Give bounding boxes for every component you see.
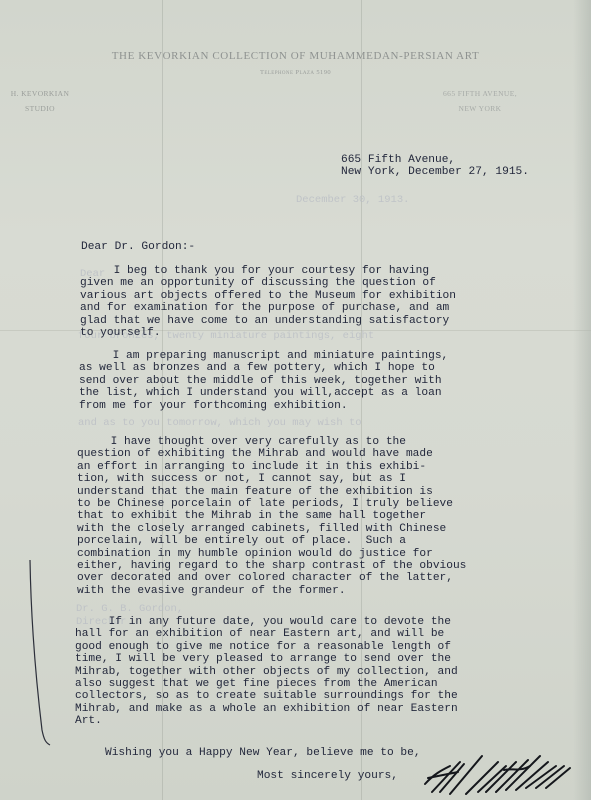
text-line: time, I will be very pleased to arrange … (75, 653, 458, 665)
letterhead-right: 665 FIFTH AVENUE, NEW YORK (420, 86, 540, 116)
letter-page: THE KEVORKIAN COLLECTION OF MUHAMMEDAN-P… (0, 0, 591, 800)
letterhead-right-line: NEW YORK (420, 101, 540, 116)
text-line: glad that we have come to an understandi… (80, 315, 456, 327)
text-line: also suggest that we get fine pieces fro… (75, 678, 458, 690)
pencil-margin-line-icon (26, 560, 56, 760)
text-line: If in any future date, you would care to… (75, 616, 458, 628)
text-line: various art objects offered to the Museu… (80, 290, 456, 302)
ghost-addressee: Dr. G. B. Gordon, (76, 603, 183, 615)
letterhead-left-line: H. KEVORKIAN (0, 86, 80, 101)
salutation: Dear Dr. Gordon:- (81, 241, 195, 253)
text-line: send over about the middle of this week,… (79, 375, 448, 387)
text-line: and for examination for the purpose of p… (80, 302, 456, 314)
paragraph-2: I am preparing manuscript and miniature … (79, 350, 448, 412)
text-line: good enough to give me notice for a reas… (75, 641, 458, 653)
letterhead-title: THE KEVORKIAN COLLECTION OF MUHAMMEDAN-P… (0, 50, 591, 62)
handwritten-signature-icon (420, 748, 585, 800)
text-line: Art. (75, 715, 458, 727)
text-line: collectors, so as to create suitable sur… (75, 690, 458, 702)
text-line: tion, with success or not, I cannot say,… (77, 473, 466, 485)
text-line: over decorated and over colored characte… (77, 572, 466, 584)
sender-address: 665 Fifth Avenue,New York, December 27, … (341, 154, 529, 179)
text-line: Mihrab, and make as a whole an exhibitio… (75, 703, 458, 715)
letterhead-right-line: 665 FIFTH AVENUE, (420, 86, 540, 101)
text-line: understand that the main feature of the … (77, 486, 466, 498)
paper-edge-shadow (573, 0, 591, 800)
text-line: the list, which I understand you will,ac… (79, 387, 448, 399)
text-line: with the evasive grandeur of the former. (77, 585, 466, 597)
closing-valediction: Most sincerely yours, (257, 770, 398, 782)
text-line: with the closely arranged cabinets, fill… (77, 523, 466, 535)
closing-wish: Wishing you a Happy New Year, believe me… (105, 747, 421, 759)
letterhead-left: H. KEVORKIAN STUDIO (0, 86, 80, 116)
text-line: I have thought over very carefully as to… (77, 436, 466, 448)
text-line: either, having regard to the sharp contr… (77, 560, 466, 572)
paragraph-1: I beg to thank you for your courtesy for… (80, 265, 456, 339)
text-line: to be Chinese porcelain of late periods,… (77, 498, 466, 510)
text-line: combination in my humble opinion would d… (77, 548, 466, 560)
text-line: from me for your forthcoming exhibition. (79, 400, 448, 412)
text-line: I am preparing manuscript and miniature … (79, 350, 448, 362)
text-line: question of exhibiting the Mihrab and wo… (77, 448, 466, 460)
text-line: an effort in arranging to include it in … (77, 461, 466, 473)
paragraph-4: If in any future date, you would care to… (75, 616, 458, 728)
letterhead-left-line: STUDIO (0, 101, 80, 116)
text-line: Mihrab, together with other objects of m… (75, 666, 458, 678)
text-line: to yourself. (80, 327, 456, 339)
paragraph-3: I have thought over very carefully as to… (77, 436, 466, 597)
text-line: hall for an exhibition of near Eastern a… (75, 628, 458, 640)
text-line: that to exhibit the Mihrab in the same h… (77, 510, 466, 522)
address-date-line: New York, December 27, 1915. (341, 166, 529, 178)
text-line: porcelain, will be entirely out of place… (77, 535, 466, 547)
address-line: 665 Fifth Avenue, (341, 154, 529, 166)
text-line: given me an opportunity of discussing th… (80, 277, 456, 289)
text-line: I beg to thank you for your courtesy for… (80, 265, 456, 277)
letterhead-telephone: Telephone Plaza 5190 (0, 69, 591, 76)
text-line: as well as bronzes and a few pottery, wh… (79, 362, 448, 374)
ghost-date: December 30, 1913. (296, 194, 409, 206)
ghost-tomorrow-line: and as to you tomorrow, which you may wi… (78, 417, 362, 429)
